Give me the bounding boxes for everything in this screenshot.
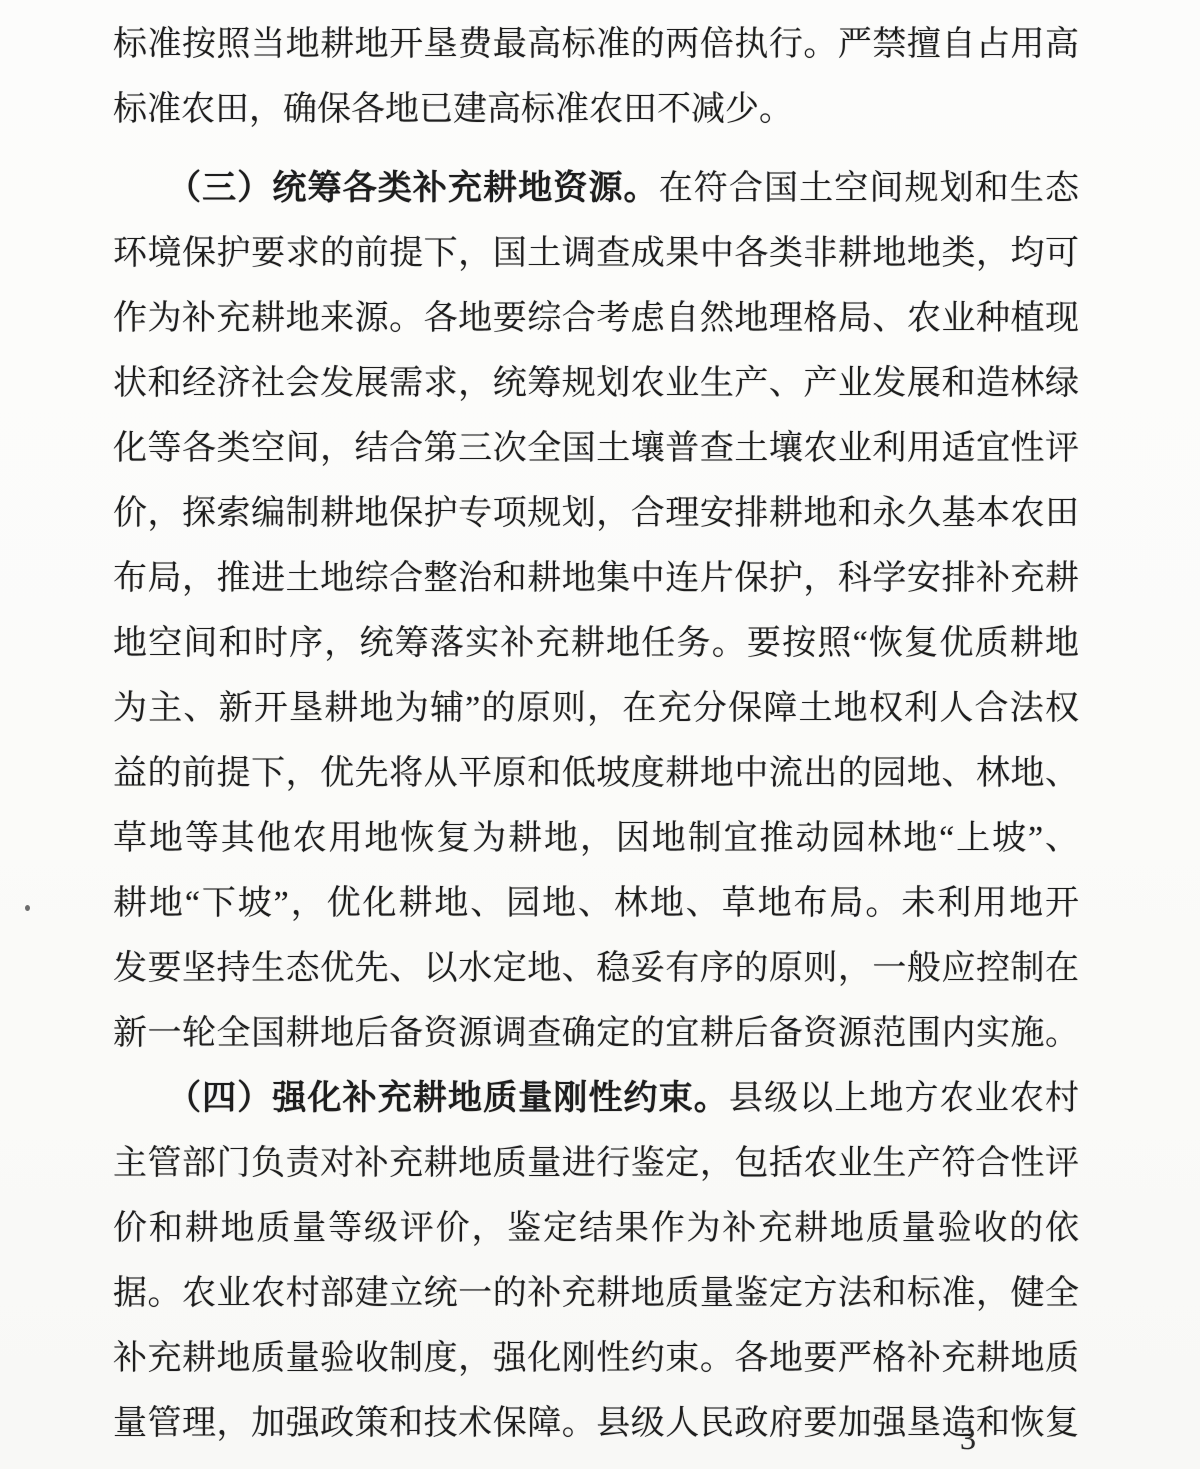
line-text: 价，探索编制耕地保护专项规划，合理安排耕地和永久基本农田: [113, 495, 1079, 532]
text-line: 为主、新开垦耕地为辅”的原则，在充分保障土地权利人合法权: [113, 676, 1079, 741]
line-text: 环境保护要求的前提下，国土调查成果中各类非耕地地类，均可: [113, 235, 1079, 272]
scan-speck: [25, 905, 30, 911]
document-text-block: 标准按照当地耕地开垦费最高标准的两倍执行。严禁擅自占用高 标准农田，确保各地已建…: [113, 12, 1079, 1456]
line-text: 主管部门负责对补充耕地质量进行鉴定，包括农业生产符合性评: [113, 1145, 1079, 1182]
line-text: 发要坚持生态优先、以水定地、稳妥有序的原则，一般应控制在: [113, 950, 1079, 987]
text-line: 价，探索编制耕地保护专项规划，合理安排耕地和永久基本农田: [113, 481, 1079, 546]
text-line-paragraph-4-start: （四）强化补充耕地质量刚性约束。县级以上地方农业农村: [113, 1066, 1079, 1131]
text-line: 补充耕地质量验收制度，强化刚性约束。各地要严格补充耕地质: [113, 1326, 1079, 1391]
page-number: 3: [938, 1420, 998, 1457]
line-text: 草地等其他农用地恢复为耕地，因地制宜推动园林地“上坡”、: [113, 820, 1079, 857]
line-text: 标准按照当地耕地开垦费最高标准的两倍执行。严禁擅自占用高: [113, 26, 1079, 63]
paragraph-4-heading: （四）强化补充耕地质量刚性约束。: [167, 1080, 729, 1117]
text-line: 益的前提下，优先将从平原和低坡度耕地中流出的园地、林地、: [113, 741, 1079, 806]
text-line: 主管部门负责对补充耕地质量进行鉴定，包括农业生产符合性评: [113, 1131, 1079, 1196]
line-text: 为主、新开垦耕地为辅”的原则，在充分保障土地权利人合法权: [113, 690, 1079, 727]
line-text: 耕地“下坡”，优化耕地、园地、林地、草地布局。未利用地开: [113, 885, 1079, 922]
paragraph-3-heading: （三）统筹各类补充耕地资源。: [167, 170, 659, 207]
line-text: 地空间和时序，统筹落实补充耕地任务。要按照“恢复优质耕地: [113, 625, 1079, 662]
text-line: 状和经济社会发展需求，统筹规划农业生产、产业发展和造林绿: [113, 351, 1079, 416]
line-text: 益的前提下，优先将从平原和低坡度耕地中流出的园地、林地、: [113, 755, 1079, 792]
line-text: 量管理，加强政策和技术保障。县级人民政府要加强垦造和恢复: [113, 1405, 1079, 1442]
text-line: 化等各类空间，结合第三次全国土壤普查土壤农业利用适宜性评: [113, 416, 1079, 481]
line-text: 布局，推进土地综合整治和耕地集中连片保护，科学安排补充耕: [113, 560, 1079, 597]
text-line: 标准农田，确保各地已建高标准农田不减少。: [113, 77, 1079, 142]
text-line: 价和耕地质量等级评价，鉴定结果作为补充耕地质量验收的依: [113, 1196, 1079, 1261]
text-line: 发要坚持生态优先、以水定地、稳妥有序的原则，一般应控制在: [113, 936, 1079, 1001]
line-text: 状和经济社会发展需求，统筹规划农业生产、产业发展和造林绿: [113, 365, 1079, 402]
line-text: 在符合国土空间规划和生态: [659, 170, 1079, 207]
text-line: 布局，推进土地综合整治和耕地集中连片保护，科学安排补充耕: [113, 546, 1079, 611]
line-text: 化等各类空间，结合第三次全国土壤普查土壤农业利用适宜性评: [113, 430, 1079, 467]
text-line: 据。农业农村部建立统一的补充耕地质量鉴定方法和标准，健全: [113, 1261, 1079, 1326]
text-line: 草地等其他农用地恢复为耕地，因地制宜推动园林地“上坡”、: [113, 806, 1079, 871]
line-text: 新一轮全国耕地后备资源调查确定的宜耕后备资源范围内实施。: [113, 1015, 1079, 1052]
text-line: 标准按照当地耕地开垦费最高标准的两倍执行。严禁擅自占用高: [113, 12, 1079, 77]
line-text: 标准农田，确保各地已建高标准农田不减少。: [113, 91, 793, 128]
line-text: 据。农业农村部建立统一的补充耕地质量鉴定方法和标准，健全: [113, 1275, 1079, 1312]
line-text: 县级以上地方农业农村: [729, 1080, 1079, 1117]
text-line: 作为补充耕地来源。各地要综合考虑自然地理格局、农业种植现: [113, 286, 1079, 351]
line-text: 价和耕地质量等级评价，鉴定结果作为补充耕地质量验收的依: [113, 1210, 1079, 1247]
document-page: 标准按照当地耕地开垦费最高标准的两倍执行。严禁擅自占用高 标准农田，确保各地已建…: [0, 0, 1200, 1469]
line-text: 作为补充耕地来源。各地要综合考虑自然地理格局、农业种植现: [113, 300, 1079, 337]
text-line-paragraph-3-start: （三）统筹各类补充耕地资源。在符合国土空间规划和生态: [113, 156, 1079, 221]
text-line: 耕地“下坡”，优化耕地、园地、林地、草地布局。未利用地开: [113, 871, 1079, 936]
text-line: 量管理，加强政策和技术保障。县级人民政府要加强垦造和恢复: [113, 1391, 1079, 1456]
text-line: 地空间和时序，统筹落实补充耕地任务。要按照“恢复优质耕地: [113, 611, 1079, 676]
line-text: 补充耕地质量验收制度，强化刚性约束。各地要严格补充耕地质: [113, 1340, 1079, 1377]
text-line: 新一轮全国耕地后备资源调查确定的宜耕后备资源范围内实施。: [113, 1001, 1079, 1066]
text-line: 环境保护要求的前提下，国土调查成果中各类非耕地地类，均可: [113, 221, 1079, 286]
